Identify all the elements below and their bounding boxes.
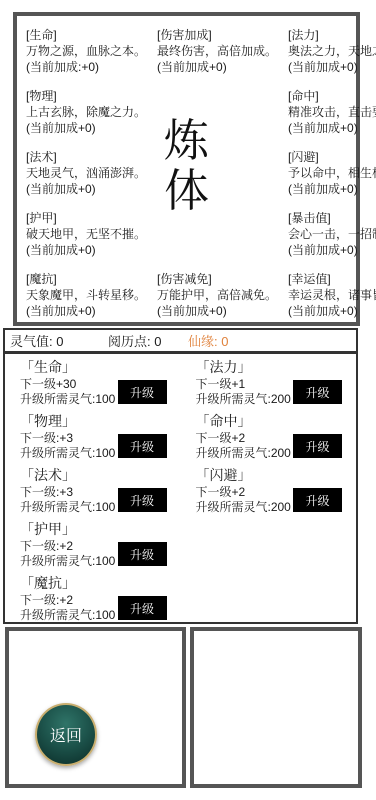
upgrade-next: 下一级:+2	[20, 539, 118, 554]
upgrade-cost: 升级所需灵气:200	[196, 500, 294, 515]
upgrade-next: 下一级+2	[196, 431, 294, 446]
upgrade-row-magic-resist: 「魔抗」 下一级:+2 升级所需灵气:100 升级	[20, 571, 181, 625]
upgrade-button-mana[interactable]: 升级	[293, 380, 342, 404]
upgrade-details: 下一级+2 升级所需灵气:200	[196, 431, 294, 461]
stat-bonus: (当前加成+0)	[26, 303, 146, 319]
stat-bonus: (当前加成+0)	[288, 303, 376, 319]
upgrade-row-dodge: 「闪避」 下一级+2 升级所需灵气:200 升级	[196, 463, 357, 517]
stat-bonus: (当前加成:+0)	[26, 59, 146, 75]
stat-name: [魔抗]	[26, 271, 146, 287]
stat-desc: 上古玄脉，除魔之力。	[26, 104, 146, 120]
upgrade-button-life[interactable]: 升级	[118, 380, 167, 404]
upgrade-cost: 升级所需灵气:100	[20, 554, 118, 569]
stat-name: [物理]	[26, 88, 146, 104]
stat-name: [暴击值]	[288, 210, 376, 226]
upgrade-panel: 「生命」 下一级+30 升级所需灵气:100 升级 「物理」 下一级:+3 升级…	[3, 352, 358, 624]
stat-bonus: (当前加成+0)	[26, 181, 146, 197]
upgrade-button-dodge[interactable]: 升级	[293, 488, 342, 512]
stat-name: [生命]	[26, 27, 146, 43]
stat-cell-dodge: [闪避] 予以命中，相生相克。 (当前加成+0)	[279, 138, 376, 199]
stat-cell-armor: [护甲] 破天地甲，无坚不摧。 (当前加成+0)	[17, 199, 148, 260]
bottom-right-panel	[190, 627, 362, 788]
stat-name: [幸运值]	[288, 271, 376, 287]
upgrade-next: 下一级:+2	[20, 593, 118, 608]
bottom-left-panel: 返回	[5, 627, 186, 788]
upgrade-row-armor: 「护甲」 下一级:+2 升级所需灵气:100 升级	[20, 517, 181, 571]
resource-bar: 灵气值: 0 阅历点: 0 仙缘: 0	[3, 328, 358, 353]
stat-cell-damage-reduce: [伤害减免] 万能护甲，高倍减免。 (当前加成+0)	[148, 260, 279, 321]
stat-bonus: (当前加成+0)	[288, 120, 376, 136]
upgrade-details: 下一级:+3 升级所需灵气:100	[20, 431, 118, 461]
upgrade-name: 「生命」	[20, 358, 181, 377]
upgrade-row-physical: 「物理」 下一级:+3 升级所需灵气:100 升级	[20, 409, 181, 463]
stat-desc: 予以命中，相生相克。	[288, 165, 376, 181]
stat-desc: 幸运灵根，诸事皆顺。	[288, 287, 376, 303]
upgrade-cost: 升级所需灵气:200	[196, 392, 294, 407]
upgrade-row-spell: 「法术」 下一级:+3 升级所需灵气:100 升级	[20, 463, 181, 517]
upgrade-column-left: 「生命」 下一级+30 升级所需灵气:100 升级 「物理」 下一级:+3 升级…	[5, 354, 181, 622]
upgrade-details: 下一级:+2 升级所需灵气:100	[20, 539, 118, 569]
upgrade-button-armor[interactable]: 升级	[118, 542, 167, 566]
stat-name: [法术]	[26, 149, 146, 165]
stat-desc: 奥法之力，天地之心。	[288, 43, 376, 59]
upgrade-details: 下一级+30 升级所需灵气:100	[20, 377, 118, 407]
stat-cell-mana: [法力] 奥法之力，天地之心。 (当前加成+0)	[279, 16, 376, 77]
stat-cell-physical: [物理] 上古玄脉，除魔之力。 (当前加成+0)	[17, 77, 148, 138]
upgrade-name: 「法术」	[20, 466, 181, 485]
upgrade-details: 下一级+1 升级所需灵气:200	[196, 377, 294, 407]
upgrade-next: 下一级+2	[196, 485, 294, 500]
stat-bonus: (当前加成+0)	[157, 59, 277, 75]
stat-desc: 天象魔甲，斗转星移。	[26, 287, 146, 303]
upgrade-button-physical[interactable]: 升级	[118, 434, 167, 458]
upgrade-button-magic-resist[interactable]: 升级	[118, 596, 167, 620]
upgrade-next: 下一级+30	[20, 377, 118, 392]
stat-cell-life: [生命] 万物之源，血脉之本。 (当前加成:+0)	[17, 16, 148, 77]
stat-desc: 最终伤害，高倍加成。	[157, 43, 277, 59]
stats-panel: [生命] 万物之源，血脉之本。 (当前加成:+0) [伤害加成] 最终伤害，高倍…	[13, 12, 360, 326]
upgrade-button-spell[interactable]: 升级	[118, 488, 167, 512]
upgrade-name: 「法力」	[196, 358, 357, 377]
upgrade-cost: 升级所需灵气:100	[20, 608, 118, 623]
stat-name: [护甲]	[26, 210, 146, 226]
upgrade-next: 下一级:+3	[20, 431, 118, 446]
upgrade-cost: 升级所需灵气:200	[196, 446, 294, 461]
stat-name: [伤害加成]	[157, 27, 277, 43]
upgrade-details: 下一级:+3 升级所需灵气:100	[20, 485, 118, 515]
stat-desc: 精准攻击，直击要害。	[288, 104, 376, 120]
upgrade-details: 下一级+2 升级所需灵气:200	[196, 485, 294, 515]
stat-cell-spell: [法术] 天地灵气，汹涌澎湃。 (当前加成+0)	[17, 138, 148, 199]
stat-cell-magic-resist: [魔抗] 天象魔甲，斗转星移。 (当前加成+0)	[17, 260, 148, 321]
stat-desc: 破天地甲，无坚不摧。	[26, 226, 146, 242]
resource-xianyuan: 仙缘: 0	[188, 331, 228, 350]
upgrade-button-accuracy[interactable]: 升级	[293, 434, 342, 458]
stat-desc: 会心一击，一招制敌。	[288, 226, 376, 242]
stat-name: [法力]	[288, 27, 376, 43]
stat-name: [命中]	[288, 88, 376, 104]
upgrade-row-accuracy: 「命中」 下一级+2 升级所需灵气:200 升级	[196, 409, 357, 463]
upgrade-name: 「命中」	[196, 412, 357, 431]
upgrade-cost: 升级所需灵气:100	[20, 446, 118, 461]
page: [生命] 万物之源，血脉之本。 (当前加成:+0) [伤害加成] 最终伤害，高倍…	[0, 0, 376, 800]
resource-lingqi: 灵气值: 0	[10, 331, 108, 350]
upgrade-details: 下一级:+2 升级所需灵气:100	[20, 593, 118, 623]
stat-cell-luck: [幸运值] 幸运灵根，诸事皆顺。 (当前加成+0)	[279, 260, 376, 321]
page-title-refine-body: 炼体	[164, 116, 209, 217]
upgrade-column-right: 「法力」 下一级+1 升级所需灵气:200 升级 「命中」 下一级+2 升级所需…	[181, 354, 357, 622]
upgrade-name: 「闪避」	[196, 466, 357, 485]
resource-yueli: 阅历点: 0	[108, 331, 188, 350]
upgrade-name: 「魔抗」	[20, 574, 181, 593]
stat-bonus: (当前加成+0)	[157, 303, 277, 319]
upgrade-row-mana: 「法力」 下一级+1 升级所需灵气:200 升级	[196, 355, 357, 409]
stat-bonus: (当前加成+0)	[26, 120, 146, 136]
stat-cell-damage-bonus: [伤害加成] 最终伤害，高倍加成。 (当前加成+0)	[148, 16, 279, 77]
return-button[interactable]: 返回	[35, 703, 97, 766]
upgrade-cost: 升级所需灵气:100	[20, 392, 118, 407]
upgrade-cost: 升级所需灵气:100	[20, 500, 118, 515]
stat-name: [伤害减免]	[157, 271, 277, 287]
stat-bonus: (当前加成+0)	[288, 59, 376, 75]
stat-desc: 天地灵气，汹涌澎湃。	[26, 165, 146, 181]
stat-bonus: (当前加成+0)	[26, 242, 146, 258]
stat-name: [闪避]	[288, 149, 376, 165]
stat-desc: 万物之源，血脉之本。	[26, 43, 146, 59]
upgrade-next: 下一级:+3	[20, 485, 118, 500]
stat-desc: 万能护甲，高倍减免。	[157, 287, 277, 303]
upgrade-next: 下一级+1	[196, 377, 294, 392]
stat-bonus: (当前加成+0)	[288, 242, 376, 258]
stat-cell-crit: [暴击值] 会心一击，一招制敌。 (当前加成+0)	[279, 199, 376, 260]
upgrade-row-life: 「生命」 下一级+30 升级所需灵气:100 升级	[20, 355, 181, 409]
upgrade-name: 「物理」	[20, 412, 181, 431]
upgrade-name: 「护甲」	[20, 520, 181, 539]
stat-bonus: (当前加成+0)	[288, 181, 376, 197]
stat-cell-accuracy: [命中] 精准攻击，直击要害。 (当前加成+0)	[279, 77, 376, 138]
